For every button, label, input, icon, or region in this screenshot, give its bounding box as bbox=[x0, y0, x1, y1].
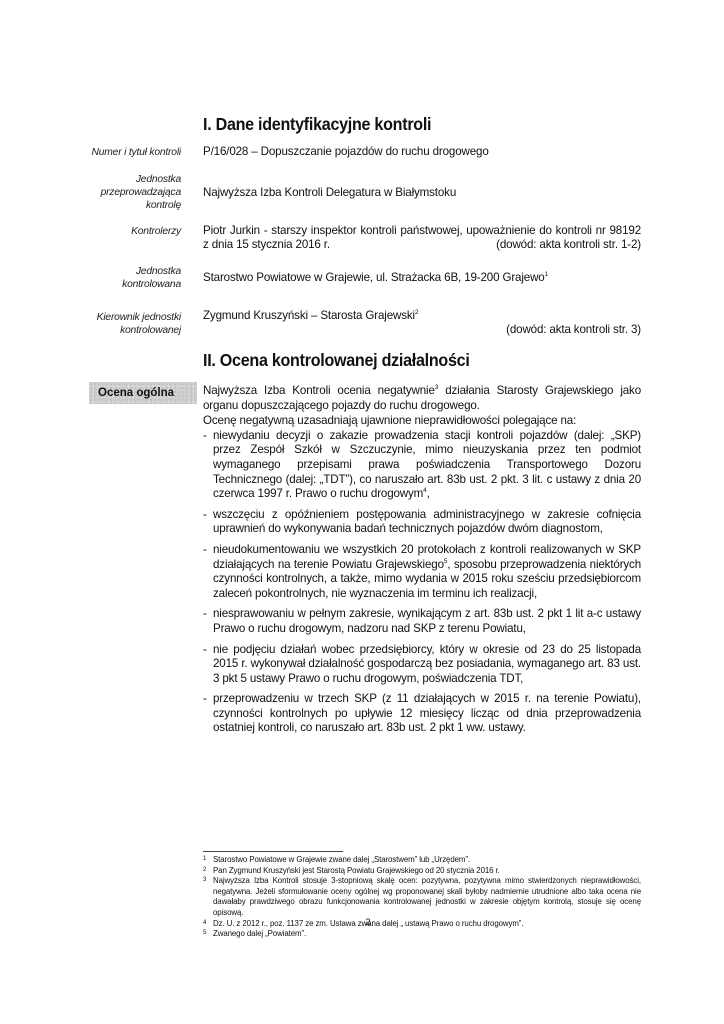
section-2-title: II. Ocena kontrolowanej działalności bbox=[203, 350, 470, 371]
footnote-3: 3Najwyższa Izba Kontroli stosuje 3-stopn… bbox=[203, 876, 641, 918]
finding-item: -przeprowadzeniu w trzech SKP (z 11 dzia… bbox=[203, 692, 641, 736]
footnote-text: Zwanego dalej „Powiatem”. bbox=[213, 929, 306, 938]
footnote-1: 1Starostwo Powiatowe w Grajewie zwane da… bbox=[203, 855, 641, 866]
finding-text: przeprowadzeniu w trzech SKP (z 11 dział… bbox=[213, 692, 641, 734]
footnote-divider bbox=[203, 851, 343, 852]
footnote-2: 2Pan Zygmund Kruszyński jest Starostą Po… bbox=[203, 866, 641, 877]
footnote-number: 3 bbox=[203, 875, 206, 886]
footnote-number: 2 bbox=[203, 865, 206, 876]
label-numer-kontroli: Numer i tytuł kontroli bbox=[31, 146, 181, 159]
label-line: przeprowadzająca bbox=[31, 186, 181, 199]
finding-text: wszczęciu z opóźnieniem postępowania adm… bbox=[213, 508, 641, 536]
footnote-5: 5Zwanego dalej „Powiatem”. bbox=[203, 929, 641, 940]
footnote-number: 5 bbox=[203, 928, 206, 939]
ocena-ogolna-badge: Ocena ogólna bbox=[89, 382, 197, 404]
label-kontrolerzy: Kontrolerzy bbox=[31, 225, 181, 238]
label-line: kontrolowanej bbox=[31, 324, 181, 337]
value-kontrolerzy-line2: z dnia 15 stycznia 2016 r. (dowód: akta … bbox=[203, 238, 641, 253]
label-line: Kierownik jednostki bbox=[31, 311, 181, 324]
label-kierownik-jednostki: Kierownik jednostki kontrolowanej bbox=[31, 311, 181, 337]
intro-paragraph: Najwyższa Izba Kontroli ocenia negatywni… bbox=[203, 384, 641, 413]
dash-bullet: - bbox=[203, 607, 207, 622]
label-jednostka-kontrolowana: Jednostka kontrolowana bbox=[31, 265, 181, 291]
footnote-text: Najwyższa Izba Kontroli stosuje 3-stopni… bbox=[213, 876, 641, 917]
dash-bullet: - bbox=[203, 429, 207, 444]
label-line: Jednostka bbox=[31, 265, 181, 278]
footnote-ref[interactable]: 1 bbox=[545, 271, 548, 278]
value-numer-kontroli: P/16/028 – Dopuszczanie pojazdów do ruch… bbox=[203, 145, 641, 160]
dash-bullet: - bbox=[203, 543, 207, 558]
document-page: I. Dane identyfikacyjne kontroli Numer i… bbox=[0, 0, 724, 1024]
value-kierownik-jednostki: Zygmund Kruszyński – Starosta Grajewski2 bbox=[203, 309, 641, 324]
label-jednostka-przeprowadzajaca: Jednostka przeprowadzająca kontrolę bbox=[31, 173, 181, 212]
finding-text: , bbox=[427, 487, 430, 500]
footnote-text: Pan Zygmund Kruszyński jest Starostą Pow… bbox=[213, 866, 500, 875]
evidence-note: (dowód: akta kontroli str. 1-2) bbox=[496, 238, 641, 253]
finding-item: -nie podjęciu działań wobec przedsiębior… bbox=[203, 643, 641, 687]
finding-text: nie podjęciu działań wobec przedsiębiorc… bbox=[213, 643, 641, 685]
label-line: kontrolę bbox=[31, 199, 181, 212]
footnote-ref[interactable]: 2 bbox=[415, 309, 418, 316]
section-1-title: I. Dane identyfikacyjne kontroli bbox=[203, 114, 431, 135]
finding-item: -niewydaniu decyzji o zakazie prowadzeni… bbox=[203, 429, 641, 502]
intro2-paragraph: Ocenę negatywną uzasadniają ujawnione ni… bbox=[203, 414, 641, 429]
finding-item: -nieudokumentowaniu we wszystkich 20 pro… bbox=[203, 543, 641, 601]
evidence-note-kierownik: (dowód: akta kontroli str. 3) bbox=[203, 323, 641, 338]
label-line: kontrolowana bbox=[31, 278, 181, 291]
value-text: Zygmund Kruszyński – Starosta Grajewski bbox=[203, 309, 415, 322]
value-jednostka-kontrolowana: Starostwo Powiatowe w Grajewie, ul. Stra… bbox=[203, 271, 641, 286]
footnote-text: Starostwo Powiatowe w Grajewie zwane dal… bbox=[213, 855, 470, 864]
assessment-body: Najwyższa Izba Kontroli ocenia negatywni… bbox=[203, 384, 641, 742]
kontrolerzy-date: z dnia 15 stycznia 2016 r. bbox=[203, 238, 330, 253]
dash-bullet: - bbox=[203, 643, 207, 658]
dash-bullet: - bbox=[203, 508, 207, 523]
value-jednostka-przeprowadzajaca: Najwyższa Izba Kontroli Delegatura w Bia… bbox=[203, 186, 641, 201]
finding-item: -wszczęciu z opóźnieniem postępowania ad… bbox=[203, 508, 641, 537]
findings-list: -niewydaniu decyzji o zakazie prowadzeni… bbox=[203, 429, 641, 736]
value-text: Starostwo Powiatowe w Grajewie, ul. Stra… bbox=[203, 271, 545, 284]
footnote-number: 1 bbox=[203, 854, 206, 865]
label-line: Jednostka bbox=[31, 173, 181, 186]
dash-bullet: - bbox=[203, 692, 207, 707]
finding-item: -niesprawowaniu w pełnym zakresie, wynik… bbox=[203, 607, 641, 636]
finding-text: niesprawowaniu w pełnym zakresie, wynika… bbox=[213, 607, 641, 635]
value-kontrolerzy: Piotr Jurkin - starszy inspektor kontrol… bbox=[203, 224, 641, 239]
page-number: 2 bbox=[0, 917, 724, 928]
intro-text: Najwyższa Izba Kontroli ocenia negatywni… bbox=[203, 384, 435, 397]
